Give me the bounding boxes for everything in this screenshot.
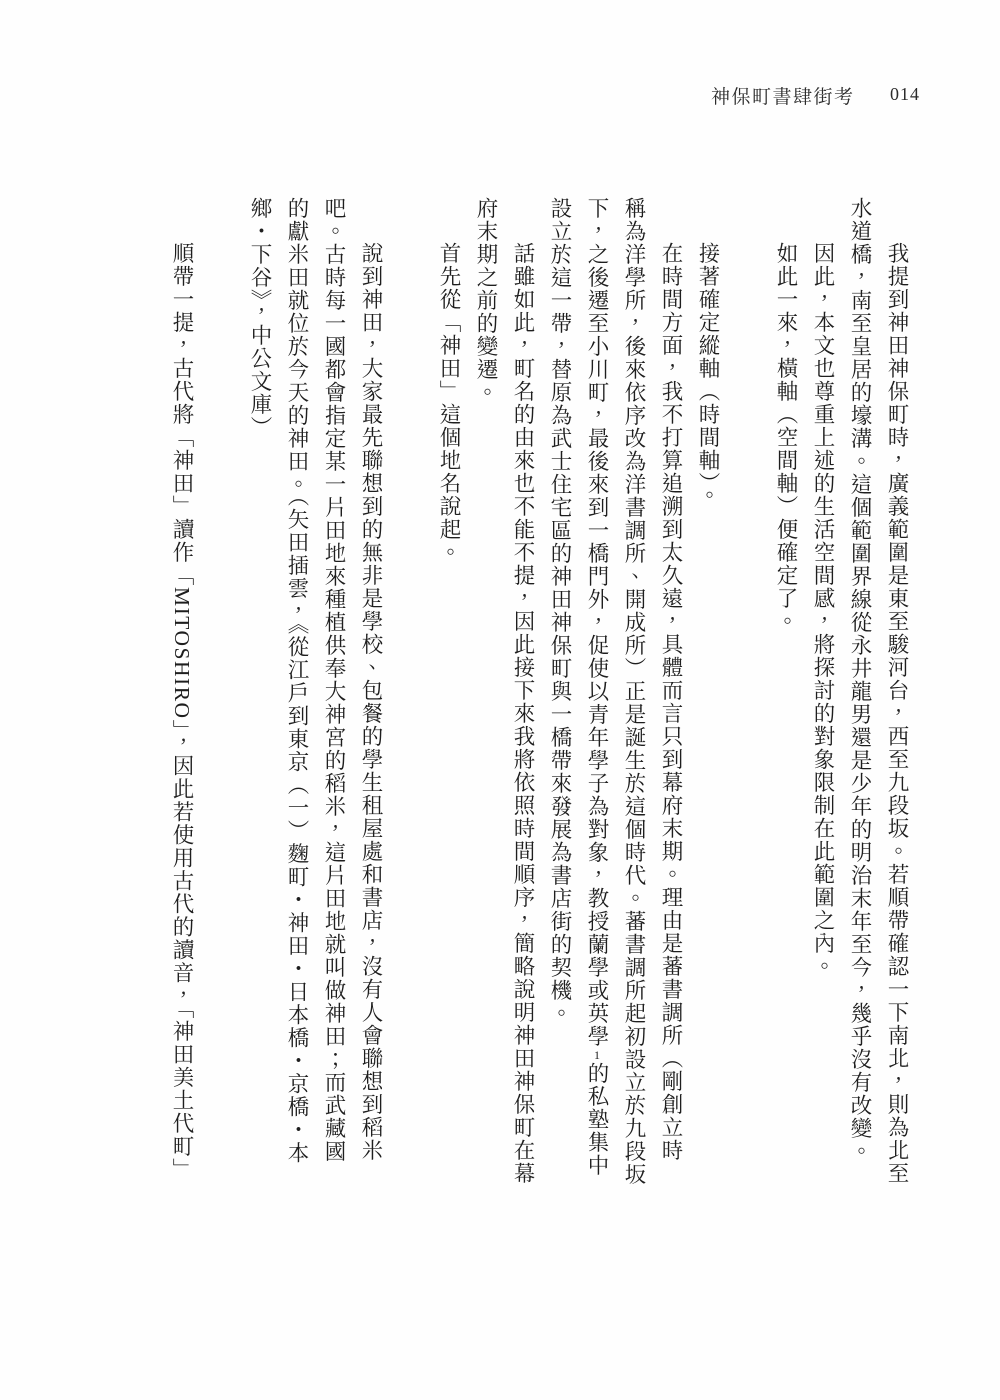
- text-column: 在時間方面，我不打算追溯到太久遠，具體而言只到幕府末期。理由是蕃書調所（剛創立時: [660, 197, 682, 1322]
- text-run: 首先從「神田」這個地名說起。: [437, 242, 461, 564]
- text-column: 接著確定縱軸（時間軸）。: [697, 197, 719, 1322]
- text-run: 的獻米田就位於今天的神田。（矢田插雲，《從江戶到東京（一）麴町・神田・日本橋・京…: [285, 197, 309, 1165]
- book-page: 神保町書肆街考 014 我提到神田神保町時，廣義範圍是東至駿河台，西至九段坂。若…: [0, 0, 1000, 1400]
- text-run: 的私塾集中: [585, 1062, 609, 1177]
- text-column: 我提到神田神保町時，廣義範圍是東至駿河台，西至九段坂。若順帶確認一下南北，則為北…: [886, 197, 908, 1322]
- text-column: 府末期之前的變遷。: [475, 197, 497, 1277]
- text-run: 說到神田，大家最先聯想到的無非是學校、包餐的學生租屋處和書店，沒有人會聯想到稻米: [359, 242, 383, 1162]
- running-header-title: 神保町書肆街考: [711, 82, 855, 109]
- text-column: 下，之後遷至小川町，最後來到一橋門外，促使以青年學子為對象，教授蘭學或英學1的私…: [586, 197, 608, 1277]
- footnote-marker: 1: [590, 1048, 604, 1062]
- text-column: 首先從「神田」這個地名說起。: [438, 197, 460, 1322]
- text-run: 我提到神田神保町時，廣義範圍是東至駿河台，西至九段坂。若順帶確認一下南北，則為北…: [885, 242, 909, 1185]
- text-column: 鄉・下谷》，中公文庫）: [249, 197, 271, 1277]
- text-run: 在時間方面，我不打算追溯到太久遠，具體而言只到幕府末期。理由是蕃書調所（剛創立時: [659, 242, 683, 1162]
- text-run: 吧。古時每一國都會指定某一片田地來種植供奉大神宮的稻米，這片田地就叫做神田；而武…: [322, 197, 346, 1163]
- text-column: 說到神田，大家最先聯想到的無非是學校、包餐的學生租屋處和書店，沒有人會聯想到稻米: [360, 197, 382, 1322]
- text-column: 吧。古時每一國都會指定某一片田地來種植供奉大神宮的稻米，這片田地就叫做神田；而武…: [323, 197, 345, 1277]
- text-run: 設立於這一帶，替原為武士住宅區的神田神保町與一橋帶來發展為書店街的契機。: [548, 197, 572, 1025]
- text-column: 稱為洋學所，後來依序改為洋書調所、開成所）正是誕生於這個時代。蕃書調所起初設立於…: [623, 197, 645, 1277]
- text-column: 水道橋，南至皇居的壕溝。這個範圍界線從永井龍男還是少年的明治末年至今，幾乎沒有改…: [849, 197, 871, 1277]
- text-column: 因此，本文也尊重上述的生活空間感，將探討的對象限制在此範圍之內。: [812, 197, 834, 1322]
- text-run: 下，之後遷至小川町，最後來到一橋門外，促使以青年學子為對象，教授蘭學或英學: [585, 197, 609, 1048]
- text-run: 如此一來，橫軸（空間軸）便確定了。: [774, 242, 798, 633]
- text-column: 順帶一提，古代將「神田」讀作「MITOSHIRO」，因此若使用古代的讀音，「神田…: [171, 197, 193, 1322]
- text-column: 話雖如此，町名的由來也不能不提，因此接下來我將依照時間順序，簡略說明神田神保町在…: [512, 197, 534, 1322]
- text-run: 話雖如此，町名的由來也不能不提，因此接下來我將依照時間順序，簡略說明神田神保町在…: [511, 242, 535, 1185]
- body-text: 我提到神田神保町時，廣義範圍是東至駿河台，西至九段坂。若順帶確認一下南北，則為北…: [156, 197, 908, 1277]
- page-number: 014: [890, 84, 920, 105]
- text-column: 設立於這一帶，替原為武士住宅區的神田神保町與一橋帶來發展為書店街的契機。: [549, 197, 571, 1277]
- text-run: 接著確定縱軸（時間軸）。: [696, 242, 720, 507]
- text-column: 如此一來，橫軸（空間軸）便確定了。: [775, 197, 797, 1322]
- text-run: 水道橋，南至皇居的壕溝。這個範圍界線從永井龍男還是少年的明治末年至今，幾乎沒有改…: [848, 197, 872, 1163]
- text-column: 的獻米田就位於今天的神田。（矢田插雲，《從江戶到東京（一）麴町・神田・日本橋・京…: [286, 197, 308, 1277]
- text-run: 稱為洋學所，後來依序改為洋書調所、開成所）正是誕生於這個時代。蕃書調所起初設立於…: [622, 197, 646, 1186]
- text-run: 鄉・下谷》，中公文庫）: [248, 197, 272, 439]
- text-run: 府末期之前的變遷。: [474, 197, 498, 404]
- text-run: 順帶一提，古代將「神田」讀作「MITOSHIRO」，因此若使用古代的讀音，「神田…: [170, 242, 194, 1181]
- text-run: 因此，本文也尊重上述的生活空間感，將探討的對象限制在此範圍之內。: [811, 242, 835, 978]
